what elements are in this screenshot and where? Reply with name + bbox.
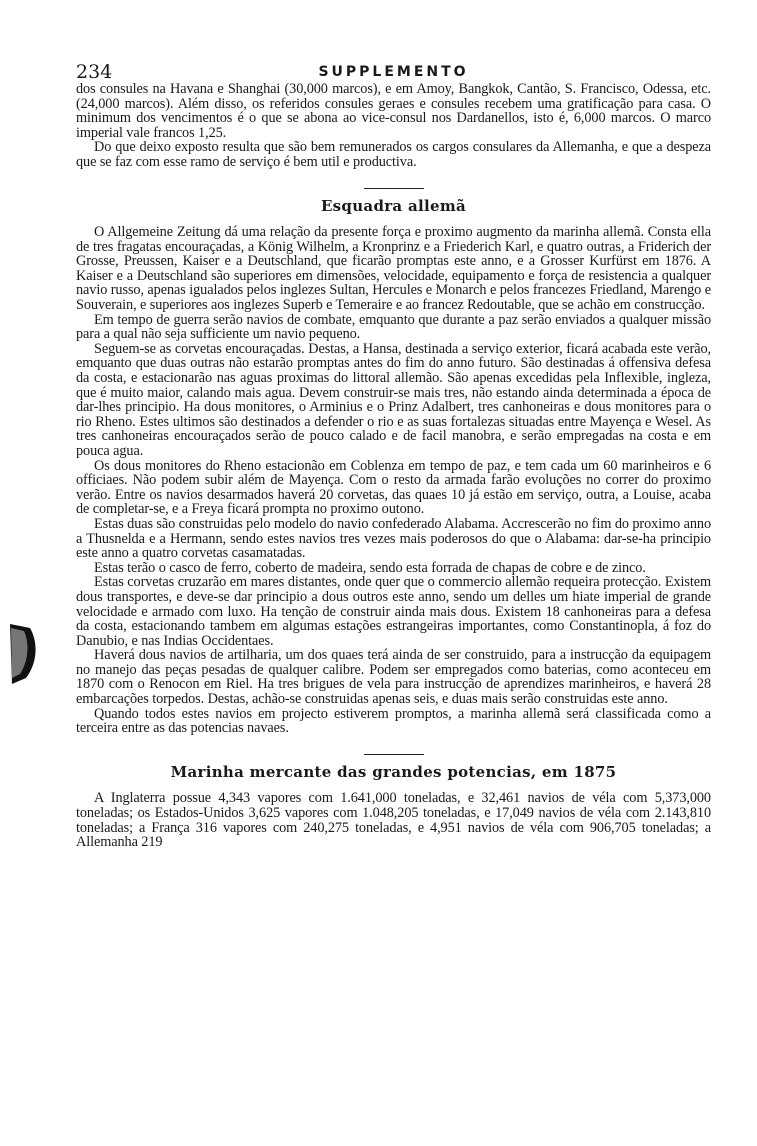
section-title: Marinha mercante das grandes potencias, …	[76, 763, 711, 781]
paragraph: Os dous monitores do Rheno estacionão em…	[76, 459, 711, 517]
paragraph: Estas duas são construidas pelo modelo d…	[76, 517, 711, 561]
paragraph: Haverá dous navios de artilharia, um dos…	[76, 648, 711, 706]
section-body: A Inglaterra possue 4,343 vapores com 1.…	[76, 791, 711, 849]
paragraph: Estas corvetas cruzarão em mares distant…	[76, 575, 711, 648]
paragraph: O Allgemeine Zeitung dá uma relação da p…	[76, 225, 711, 313]
paragraph: dos consules na Havana e Shanghai (30,00…	[76, 82, 711, 140]
paragraph: A Inglaterra possue 4,343 vapores com 1.…	[76, 791, 711, 849]
section-divider	[364, 754, 424, 756]
running-head: SUPPLEMENTO	[76, 64, 711, 80]
section-title: Esquadra allemã	[76, 197, 711, 215]
page-header: 234 SUPPLEMENTO	[76, 62, 711, 82]
paragraph: Seguem-se as corvetas encouraçadas. Dest…	[76, 342, 711, 459]
margin-ink-blot	[8, 622, 38, 686]
document-page: 234 SUPPLEMENTO dos consules na Havana e…	[76, 62, 711, 850]
paragraph: Em tempo de guerra serão navios de comba…	[76, 313, 711, 342]
paragraph: Estas terão o casco de ferro, coberto de…	[76, 561, 711, 576]
paragraph: Do que deixo exposto resulta que são bem…	[76, 140, 711, 169]
intro-block: dos consules na Havana e Shanghai (30,00…	[76, 82, 711, 170]
section-body: O Allgemeine Zeitung dá uma relação da p…	[76, 225, 711, 736]
ink-blot-icon	[8, 622, 38, 686]
section-divider	[364, 188, 424, 190]
paragraph: Quando todos estes navios em projecto es…	[76, 707, 711, 736]
